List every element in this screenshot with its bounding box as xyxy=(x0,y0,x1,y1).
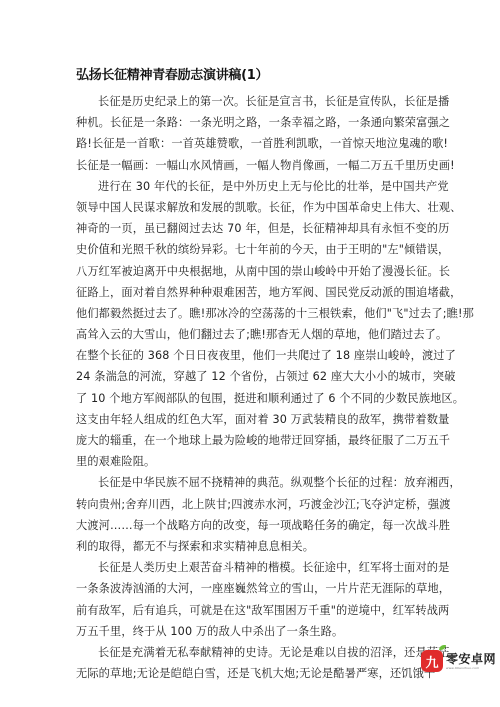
document-line: 高耸入云的大雪山，他们翻过去了;瞧!那杳无人烟的草地，他们踏过去了。 xyxy=(76,324,436,345)
document-line: 种机。长征是一条路：一条光明之路，一条幸福之路，一条通向繁荣富强之 xyxy=(76,112,436,133)
watermark-url: www.90anzhuo.com xyxy=(446,666,496,670)
document-line: 领导中国人民谋求解放和发展的凯歌。长征，作为中国革命史上伟大、壮观、 xyxy=(76,197,436,218)
leaf-icon xyxy=(439,645,446,650)
document-line: 长征是一幅画：一幅山水风情画，一幅人物肖像画，一幅二万五千里历史画! xyxy=(76,155,436,176)
document-line: 在整个长征的 368 个日日夜夜里，他们一共爬过了 18 座崇山峻岭，渡过了 xyxy=(76,345,436,366)
document-line: 他们都毅然挺过去了。瞧!那冰冷的空荡荡的十三根铁索，他们"飞"过去了;瞧!那 xyxy=(76,303,436,324)
document-line: 转向贵州;舍弃川西，北上陕甘;四渡赤水河，巧渡金沙江;飞夺泸定桥，强渡 xyxy=(76,494,436,515)
document-line: 八万红军被迫离开中央根据地，从南中国的崇山峻岭中开始了漫漫长征。长 xyxy=(76,261,436,282)
document-line: 长征是人类历史上艰苦奋斗精神的楷模。长征途中，红军将士面对的是 xyxy=(76,557,436,578)
document-line: 史价值和光照千秋的缤纷异彩。七十年前的今天，由于王明的"左"倾错误， xyxy=(76,239,436,260)
document-line: 征路上，面对着自然界种种艰难困苦，地方军阀、国民党反动派的围追堵截， xyxy=(76,282,436,303)
document-page: 弘扬长征精神青春励志演讲稿(1） 长征是历史纪录上的第一次。长征是宣言书，长征是… xyxy=(0,0,500,707)
watermark-logo-icon: 九 xyxy=(421,650,443,672)
document-line: 庞大的辎重，在一个地球上最为险峻的地带迂回穿插，最终征服了二万五千 xyxy=(76,430,436,451)
watermark-badge-glyph: 九 xyxy=(425,652,438,671)
document-line: 无际的草地;无论是皑皑白雪，还是飞机大炮;无论是酷暑严寒，还饥饿干 xyxy=(76,663,436,684)
document-line: 这支由年轻人组成的红色大军，面对着 30 万武装精良的敌军，携带着数量 xyxy=(76,409,436,430)
document-line: 万五千里，终于从 100 万的敌人中杀出了一条生路。 xyxy=(76,621,436,642)
document-line: 24 条湍急的河流，穿越了 12 个省份，占领过 62 座大大小小的城市，突破 xyxy=(76,366,436,387)
document-line: 路!长征是一首歌：一首英雄赞歌，一首胜利凯歌，一首惊天地泣鬼魂的歌! xyxy=(76,133,436,154)
document-line: 长征是历史纪录上的第一次。长征是宣言书，长征是宣传队，长征是播 xyxy=(76,91,436,112)
document-line: 长征是充满着无私奉献精神的史诗。无论是难以自拔的沼泽，还是茫茫 xyxy=(76,642,436,663)
watermark-name: 零安卓网 xyxy=(446,653,496,666)
site-watermark: 九 零安卓网 www.90anzhuo.com xyxy=(421,650,496,672)
document-line: 前有敌军，后有追兵，可就是在这"敌军围困万千重"的逆境中，红军转战两 xyxy=(76,600,436,621)
document-line: 神奇的一页，虽已翻阅过去达 70 年，但是，长征精神却具有永恒不变的历 xyxy=(76,218,436,239)
document-title: 弘扬长征精神青春励志演讲稿(1） xyxy=(76,64,268,83)
document-line: 里的艰难险阻。 xyxy=(76,451,436,472)
watermark-text: 零安卓网 www.90anzhuo.com xyxy=(446,653,496,670)
document-line: 一条条波涛汹涌的大河，一座座巍然耸立的雪山，一片片茫无涯际的草地， xyxy=(76,578,436,599)
document-body: 长征是历史纪录上的第一次。长征是宣言书，长征是宣传队，长征是播种机。长征是一条路… xyxy=(76,91,436,684)
document-line: 了 10 个地方军阀部队的包围，挺进和顺利通过了 6 个不同的少数民族地区。 xyxy=(76,388,436,409)
document-line: 进行在 30 年代的长征，是中外历史上无与伦比的壮举，是中国共产党 xyxy=(76,176,436,197)
document-line: 利的取得，都无不与探索和求实精神息息相关。 xyxy=(76,536,436,557)
document-line: 长征是中华民族不屈不挠精神的典范。纵观整个长征的过程：放弃湘西， xyxy=(76,472,436,493)
document-line: 大渡河……每一个战略方向的改变，每一项战略任务的确定，每一次战斗胜 xyxy=(76,515,436,536)
